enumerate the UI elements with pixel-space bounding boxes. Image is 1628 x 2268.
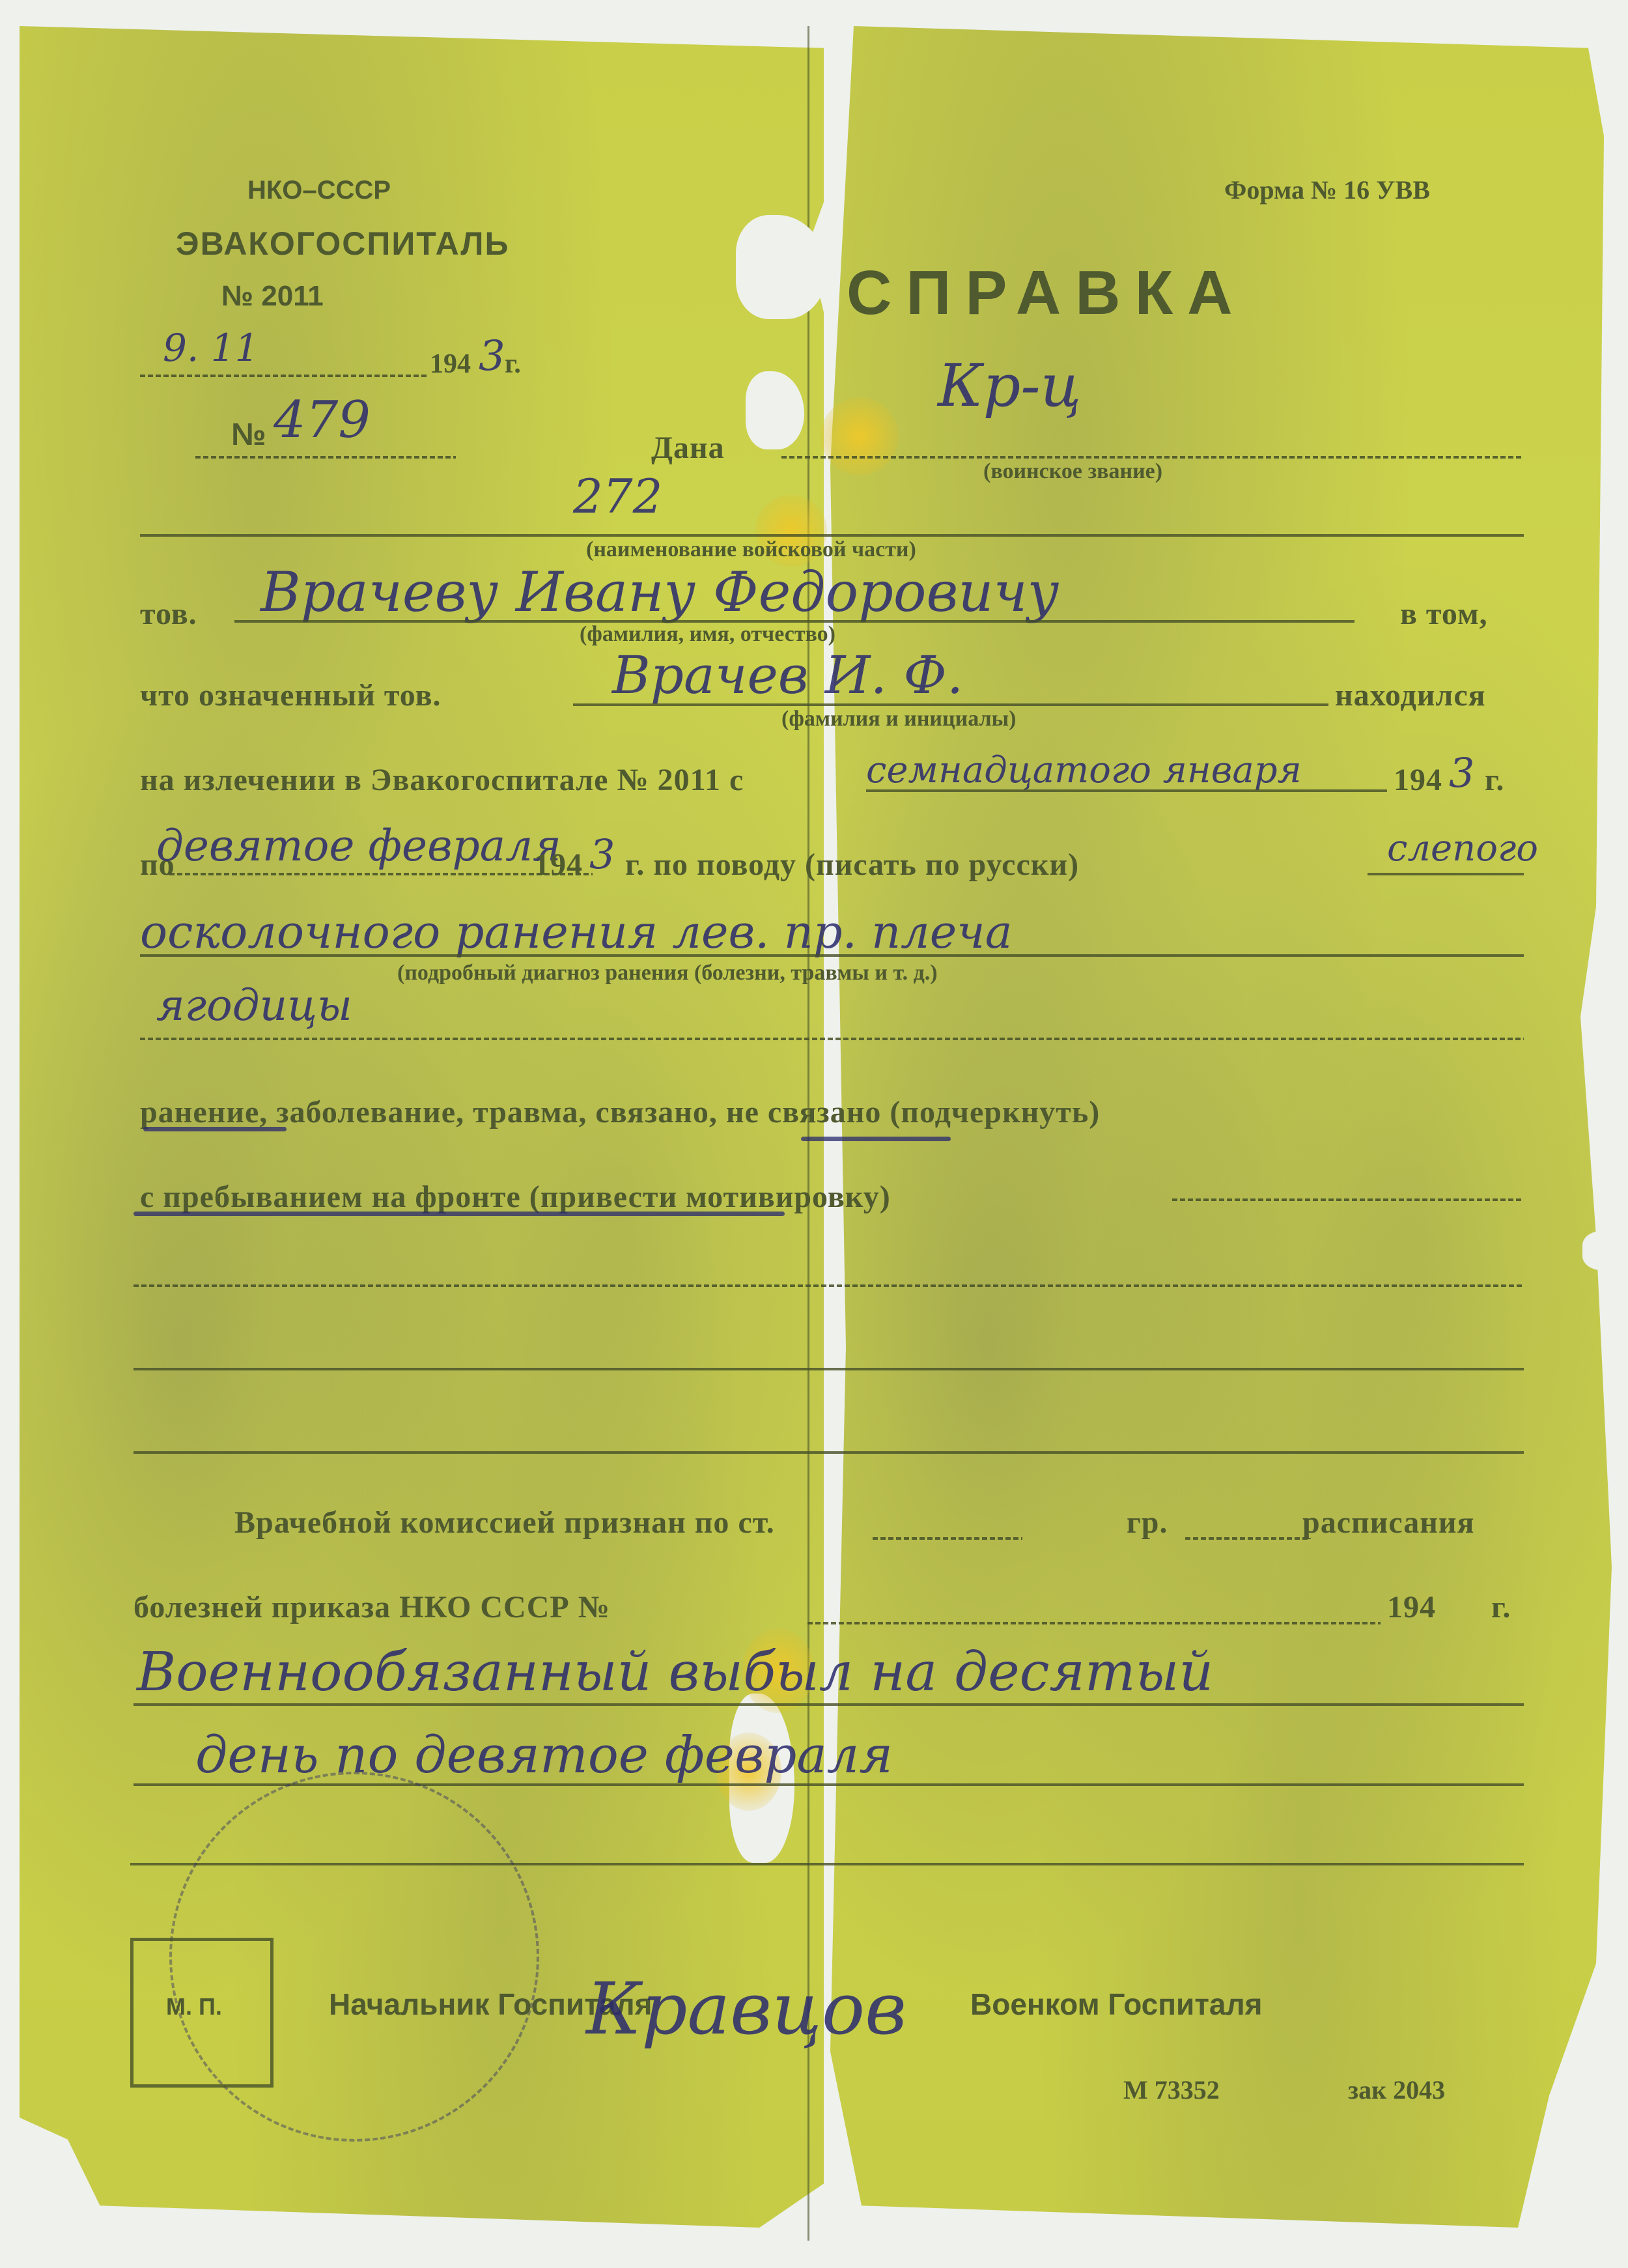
document-title: СПРАВКА (847, 257, 1247, 329)
relation-line: ранение, заболевание, травма, связано, н… (140, 1094, 1100, 1130)
order-code: зак 2043 (1348, 2075, 1445, 2105)
tear-hole (1582, 1231, 1628, 1270)
nakhodilsya-label: находился (1335, 677, 1486, 713)
rust-spot (821, 397, 899, 475)
diagnosis-rule-2 (140, 954, 1524, 957)
order-year: 194 (1387, 1589, 1436, 1625)
number-label: № (231, 417, 266, 453)
short-name-hint: (фамилия и инициалы) (781, 707, 1016, 731)
date-year-print: 194 (430, 348, 471, 380)
fullname-hint: (фамилия, имя, отчество) (580, 622, 835, 647)
to-year-print: 194 (534, 847, 583, 883)
diagnosis-rule-1 (1368, 873, 1524, 875)
motive-rule (133, 1284, 1524, 1287)
to-year-hand: 3 (589, 830, 615, 878)
short-name-rule (573, 703, 1328, 706)
date-rule (140, 375, 427, 377)
from-year-print: 194 (1394, 762, 1442, 798)
motive-rule (1172, 1198, 1524, 1201)
motive-rule (133, 1451, 1524, 1454)
motive-rule (133, 1368, 1524, 1370)
date-handwritten: 9. 11 (163, 326, 259, 370)
number-rule (195, 456, 456, 459)
signature-handwritten: Кравцов (586, 1967, 906, 2050)
relation-underline-ink (143, 1127, 287, 1131)
diagnosis-handwritten-2: осколочного ранения лев. пр. плеча (140, 905, 1012, 959)
article-rule (873, 1537, 1022, 1540)
form-label: Форма № 16 УВВ (1224, 175, 1430, 205)
rank-hint: (воинское звание) (983, 459, 1162, 484)
from-year-g: г. (1485, 762, 1504, 798)
gr-label: гр. (1127, 1505, 1168, 1540)
from-year-hand: 3 (1449, 749, 1474, 797)
diagnosis-handwritten-3: ягодицы (156, 980, 352, 1030)
unit-hint: (наименование войсковой части) (586, 537, 916, 562)
order-rule (807, 1622, 1381, 1624)
order-line: болезней приказа НКО СССР № (133, 1589, 610, 1625)
treatment-label: на излечении в Эвакогоспитале № 2011 с (140, 762, 744, 798)
date-year-suffix: г. (505, 348, 521, 380)
front-line: с пребыванием на фронте (привести мотиви… (140, 1179, 891, 1215)
commissar-label: Военком Госпиталя (970, 1987, 1263, 2022)
rank-rule (781, 456, 1524, 459)
fold-crease (807, 26, 809, 2241)
reason-label: г. по поводу (писать по русски) (625, 847, 1079, 883)
dana-label: Дана (651, 430, 725, 466)
diagnosis-hint: (подробный диагноз ранения (болезни, тра… (397, 961, 938, 985)
diagnosis-rule-3 (140, 1038, 1524, 1040)
rank-handwritten: Кр-ц (938, 352, 1081, 420)
from-date-rule (866, 789, 1387, 792)
decision-handwritten-2: день по девятое февраля (195, 1726, 893, 1785)
number-handwritten: 479 (274, 391, 371, 449)
relation-underline-ink (801, 1137, 951, 1141)
org-label: НКО–СССР (247, 176, 391, 205)
schedule-label: расписания (1302, 1505, 1474, 1540)
to-date-handwritten: девятое февраля (156, 821, 561, 871)
date-year-hand: 3 (479, 332, 505, 380)
hospital-label: ЭВАКОГОСПИТАЛЬ (176, 225, 509, 262)
hospital-number: № 2011 (221, 280, 324, 313)
tov-label: тов. (140, 596, 197, 632)
stamp-label: М. П. (166, 1993, 222, 2020)
decision-handwritten-1: Военнообязанный выбыл на десятый (137, 1641, 1213, 1703)
unit-rule (140, 534, 1524, 537)
to-date-rule (169, 873, 593, 875)
from-date-handwritten: семнадцатого января (866, 749, 1302, 791)
commission-line: Врачебной комиссией признан по ст. (234, 1505, 775, 1540)
fullname-handwritten: Врачеву Ивану Федоровичу (260, 560, 1059, 624)
order-g: г. (1491, 1589, 1511, 1625)
front-underline-ink (133, 1212, 785, 1216)
decision-rule-1 (133, 1703, 1524, 1706)
unit-handwritten: 272 (573, 469, 662, 524)
group-rule (1185, 1537, 1309, 1540)
diagnosis-handwritten-1: слепого (1387, 827, 1538, 870)
printer-code: М 73352 (1123, 2075, 1220, 2105)
v-tom-label: в том, (1400, 596, 1488, 632)
short-name-handwritten: Врачев И. Ф. (612, 645, 963, 705)
chto-label: что означенный тов. (140, 677, 442, 713)
